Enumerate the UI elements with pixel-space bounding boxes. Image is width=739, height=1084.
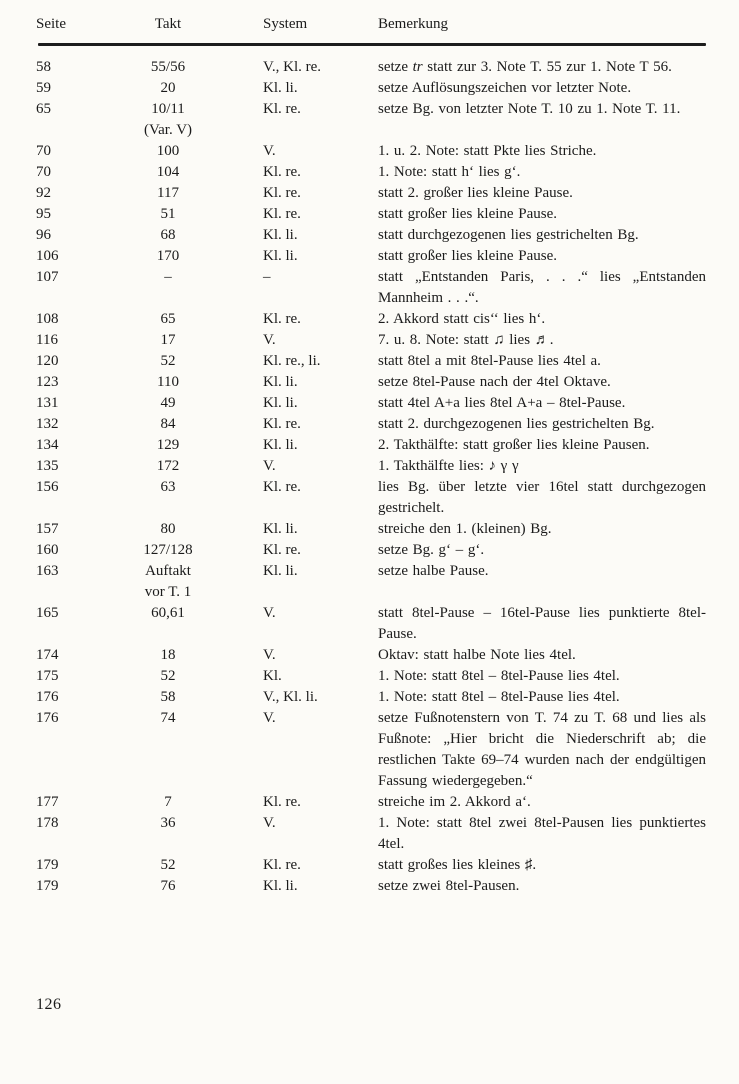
seite-cell: 106 xyxy=(36,246,132,267)
system-cell: – xyxy=(204,267,378,288)
system-cell: Kl. re. xyxy=(204,855,378,876)
table-row: 6510/11 (Var. V)Kl. re.setze Bg. von let… xyxy=(36,99,739,141)
seite-cell: 134 xyxy=(36,435,132,456)
table-header-row: Seite Takt System Bemerkung xyxy=(0,0,739,35)
takt-cell: 52 xyxy=(132,351,204,372)
takt-cell: 68 xyxy=(132,225,204,246)
takt-cell: 7 xyxy=(132,792,204,813)
takt-cell: 170 xyxy=(132,246,204,267)
system-cell: Kl. li. xyxy=(204,519,378,540)
table-row: 15663Kl. re.lies Bg. über letzte vier 16… xyxy=(36,477,739,519)
seite-cell: 92 xyxy=(36,183,132,204)
bemerkung-cell: setze 8tel-Pause nach der 4tel Oktave. xyxy=(378,372,706,393)
takt-cell: 52 xyxy=(132,666,204,687)
takt-cell: 117 xyxy=(132,183,204,204)
table-row: 92117Kl. re.statt 2. großer lies kleine … xyxy=(36,183,739,204)
bemerkung-cell: 7. u. 8. Note: statt ♫ lies ♬. xyxy=(378,330,706,351)
takt-cell: 110 xyxy=(132,372,204,393)
table-row: 9668Kl. li.statt durchgezogenen lies ges… xyxy=(36,225,739,246)
seite-cell: 59 xyxy=(36,78,132,99)
table-row: 17836V.1. Note: statt 8tel zwei 8tel-Pau… xyxy=(36,813,739,855)
takt-cell: 127/128 xyxy=(132,540,204,561)
seite-cell: 179 xyxy=(36,876,132,897)
table-row: 123110Kl. li.setze 8tel-Pause nach der 4… xyxy=(36,372,739,393)
table-row: 13284Kl. re.statt 2. durchgezogenen lies… xyxy=(36,414,739,435)
seite-cell: 58 xyxy=(36,57,132,78)
seite-cell: 160 xyxy=(36,540,132,561)
seite-cell: 95 xyxy=(36,204,132,225)
table-row: 16560,61V.statt 8tel-Pause – 16tel-Pause… xyxy=(36,603,739,645)
table-row: 10865Kl. re.2. Akkord statt cis‘‘ lies h… xyxy=(36,309,739,330)
system-cell: Kl. re., li. xyxy=(204,351,378,372)
takt-cell: Auftakt vor T. 1 xyxy=(132,561,204,603)
takt-cell: 51 xyxy=(132,204,204,225)
seite-cell: 179 xyxy=(36,855,132,876)
system-cell: V. xyxy=(204,708,378,729)
table-row: 1777Kl. re.streiche im 2. Akkord a‘. xyxy=(36,792,739,813)
seite-cell: 116 xyxy=(36,330,132,351)
seite-cell: 132 xyxy=(36,414,132,435)
table-row: 12052Kl. re., li.statt 8tel a mit 8tel-P… xyxy=(36,351,739,372)
table-row: 70100V.1. u. 2. Note: statt Pkte lies St… xyxy=(36,141,739,162)
seite-cell: 163 xyxy=(36,561,132,582)
column-header-seite: Seite xyxy=(36,14,132,35)
takt-cell: 172 xyxy=(132,456,204,477)
errata-table-body: 5855/56V., Kl. re.setze tr statt zur 3. … xyxy=(0,46,739,897)
column-header-takt: Takt xyxy=(132,14,204,35)
system-cell: Kl. re. xyxy=(204,792,378,813)
takt-cell: 10/11 (Var. V) xyxy=(132,99,204,141)
bemerkung-cell: statt 8tel a mit 8tel-Pause lies 4tel a. xyxy=(378,351,706,372)
seite-cell: 96 xyxy=(36,225,132,246)
bemerkung-cell: setze halbe Pause. xyxy=(378,561,706,582)
bemerkung-cell: setze Fußnotenstern von T. 74 zu T. 68 u… xyxy=(378,708,706,792)
system-cell: Kl. re. xyxy=(204,414,378,435)
takt-cell: 63 xyxy=(132,477,204,498)
system-cell: Kl. li. xyxy=(204,246,378,267)
system-cell: V. xyxy=(204,456,378,477)
table-row: 70104Kl. re.1. Note: statt h‘ lies g‘. xyxy=(36,162,739,183)
system-cell: Kl. li. xyxy=(204,435,378,456)
table-row: 15780Kl. li.streiche den 1. (kleinen) Bg… xyxy=(36,519,739,540)
table-row: 135172V.1. Takthälfte lies: ♪ γ γ xyxy=(36,456,739,477)
system-cell: Kl. li. xyxy=(204,876,378,897)
system-cell: Kl. li. xyxy=(204,372,378,393)
bemerkung-cell: lies Bg. über letzte vier 16tel statt du… xyxy=(378,477,706,519)
takt-cell: – xyxy=(132,267,204,288)
takt-cell: 49 xyxy=(132,393,204,414)
bemerkung-cell: setze Auflösungszeichen vor letzter Note… xyxy=(378,78,706,99)
system-cell: Kl. xyxy=(204,666,378,687)
bemerkung-cell: setze Bg. g‘ – g‘. xyxy=(378,540,706,561)
seite-cell: 178 xyxy=(36,813,132,834)
bemerkung-cell: 1. Note: statt 8tel – 8tel-Pause lies 4t… xyxy=(378,666,706,687)
bemerkung-cell: setze zwei 8tel-Pausen. xyxy=(378,876,706,897)
takt-cell: 80 xyxy=(132,519,204,540)
bemerkung-cell: 2. Akkord statt cis‘‘ lies h‘. xyxy=(378,309,706,330)
takt-cell: 100 xyxy=(132,141,204,162)
seite-cell: 107 xyxy=(36,267,132,288)
table-row: 5855/56V., Kl. re.setze tr statt zur 3. … xyxy=(36,57,739,78)
system-cell: Kl. li. xyxy=(204,225,378,246)
column-header-bemerkung: Bemerkung xyxy=(378,14,706,35)
takt-cell: 104 xyxy=(132,162,204,183)
system-cell: Kl. re. xyxy=(204,204,378,225)
bemerkung-cell: statt „Entstanden Paris, . . .“ lies „En… xyxy=(378,267,706,309)
system-cell: Kl. re. xyxy=(204,99,378,120)
bemerkung-cell: statt 2. großer lies kleine Pause. xyxy=(378,183,706,204)
table-row: 11617V.7. u. 8. Note: statt ♫ lies ♬. xyxy=(36,330,739,351)
seite-cell: 157 xyxy=(36,519,132,540)
system-cell: V. xyxy=(204,645,378,666)
page-number: 126 xyxy=(36,996,62,1014)
system-cell: V. xyxy=(204,141,378,162)
system-cell: Kl. re. xyxy=(204,309,378,330)
seite-cell: 120 xyxy=(36,351,132,372)
bemerkung-cell: 1. Takthälfte lies: ♪ γ γ xyxy=(378,456,706,477)
table-row: 17952Kl. re.statt großes lies kleines ♯. xyxy=(36,855,739,876)
table-row: 17418V.Oktav: statt halbe Note lies 4tel… xyxy=(36,645,739,666)
column-header-system: System xyxy=(204,14,378,35)
system-cell: V., Kl. li. xyxy=(204,687,378,708)
system-cell: Kl. li. xyxy=(204,78,378,99)
seite-cell: 177 xyxy=(36,792,132,813)
system-cell: V., Kl. re. xyxy=(204,57,378,78)
takt-cell: 18 xyxy=(132,645,204,666)
table-row: 17976Kl. li.setze zwei 8tel-Pausen. xyxy=(36,876,739,897)
seite-cell: 175 xyxy=(36,666,132,687)
takt-cell: 52 xyxy=(132,855,204,876)
system-cell: Kl. li. xyxy=(204,561,378,582)
takt-cell: 60,61 xyxy=(132,603,204,624)
seite-cell: 65 xyxy=(36,99,132,120)
bemerkung-cell: 1. u. 2. Note: statt Pkte lies Striche. xyxy=(378,141,706,162)
bemerkung-cell: 1. Note: statt 8tel zwei 8tel-Pausen lie… xyxy=(378,813,706,855)
takt-cell: 20 xyxy=(132,78,204,99)
table-row: 17674V.setze Fußnotenstern von T. 74 zu … xyxy=(36,708,739,792)
table-row: 17658V., Kl. li.1. Note: statt 8tel – 8t… xyxy=(36,687,739,708)
seite-cell: 108 xyxy=(36,309,132,330)
bemerkung-cell: Oktav: statt halbe Note lies 4tel. xyxy=(378,645,706,666)
book-page: Seite Takt System Bemerkung 5855/56V., K… xyxy=(0,0,739,1084)
seite-cell: 174 xyxy=(36,645,132,666)
takt-cell: 129 xyxy=(132,435,204,456)
takt-cell: 76 xyxy=(132,876,204,897)
system-cell: Kl. re. xyxy=(204,540,378,561)
seite-cell: 176 xyxy=(36,708,132,729)
system-cell: Kl. re. xyxy=(204,183,378,204)
system-cell: V. xyxy=(204,813,378,834)
table-row: 160127/128Kl. re.setze Bg. g‘ – g‘. xyxy=(36,540,739,561)
seite-cell: 165 xyxy=(36,603,132,624)
system-cell: V. xyxy=(204,603,378,624)
seite-cell: 176 xyxy=(36,687,132,708)
table-row: 163Auftakt vor T. 1Kl. li.setze halbe Pa… xyxy=(36,561,739,603)
bemerkung-cell: statt großer lies kleine Pause. xyxy=(378,204,706,225)
table-row: 5920Kl. li.setze Auflösungszeichen vor l… xyxy=(36,78,739,99)
takt-cell: 65 xyxy=(132,309,204,330)
seite-cell: 135 xyxy=(36,456,132,477)
system-cell: V. xyxy=(204,330,378,351)
table-row: 106170Kl. li.statt großer lies kleine Pa… xyxy=(36,246,739,267)
system-cell: Kl. re. xyxy=(204,477,378,498)
bemerkung-cell: statt durchgezogenen lies gestrichelten … xyxy=(378,225,706,246)
bemerkung-cell: setze Bg. von letzter Note T. 10 zu 1. N… xyxy=(378,99,706,120)
bemerkung-cell: 2. Takthälfte: statt großer lies kleine … xyxy=(378,435,706,456)
system-cell: Kl. re. xyxy=(204,162,378,183)
bemerkung-cell: statt 2. durchgezogenen lies gestrichelt… xyxy=(378,414,706,435)
table-row: 13149Kl. li.statt 4tel A+a lies 8tel A+a… xyxy=(36,393,739,414)
table-row: 134129Kl. li.2. Takthälfte: statt großer… xyxy=(36,435,739,456)
table-row: 9551Kl. re.statt großer lies kleine Paus… xyxy=(36,204,739,225)
bemerkung-cell: streiche den 1. (kleinen) Bg. xyxy=(378,519,706,540)
takt-cell: 58 xyxy=(132,687,204,708)
bemerkung-cell: statt großes lies kleines ♯. xyxy=(378,855,706,876)
takt-cell: 17 xyxy=(132,330,204,351)
system-cell: Kl. li. xyxy=(204,393,378,414)
table-row: 17552Kl.1. Note: statt 8tel – 8tel-Pause… xyxy=(36,666,739,687)
takt-cell: 36 xyxy=(132,813,204,834)
seite-cell: 70 xyxy=(36,141,132,162)
seite-cell: 131 xyxy=(36,393,132,414)
takt-cell: 55/56 xyxy=(132,57,204,78)
bemerkung-cell: 1. Note: statt h‘ lies g‘. xyxy=(378,162,706,183)
bemerkung-cell: streiche im 2. Akkord a‘. xyxy=(378,792,706,813)
bemerkung-cell: statt 8tel-Pause – 16tel-Pause lies punk… xyxy=(378,603,706,645)
seite-cell: 156 xyxy=(36,477,132,498)
table-row: 107––statt „Entstanden Paris, . . .“ lie… xyxy=(36,267,739,309)
takt-cell: 74 xyxy=(132,708,204,729)
takt-cell: 84 xyxy=(132,414,204,435)
seite-cell: 70 xyxy=(36,162,132,183)
bemerkung-cell: setze tr statt zur 3. Note T. 55 zur 1. … xyxy=(378,57,706,78)
bemerkung-cell: 1. Note: statt 8tel – 8tel-Pause lies 4t… xyxy=(378,687,706,708)
bemerkung-cell: statt großer lies kleine Pause. xyxy=(378,246,706,267)
seite-cell: 123 xyxy=(36,372,132,393)
bemerkung-cell: statt 4tel A+a lies 8tel A+a – 8tel-Paus… xyxy=(378,393,706,414)
